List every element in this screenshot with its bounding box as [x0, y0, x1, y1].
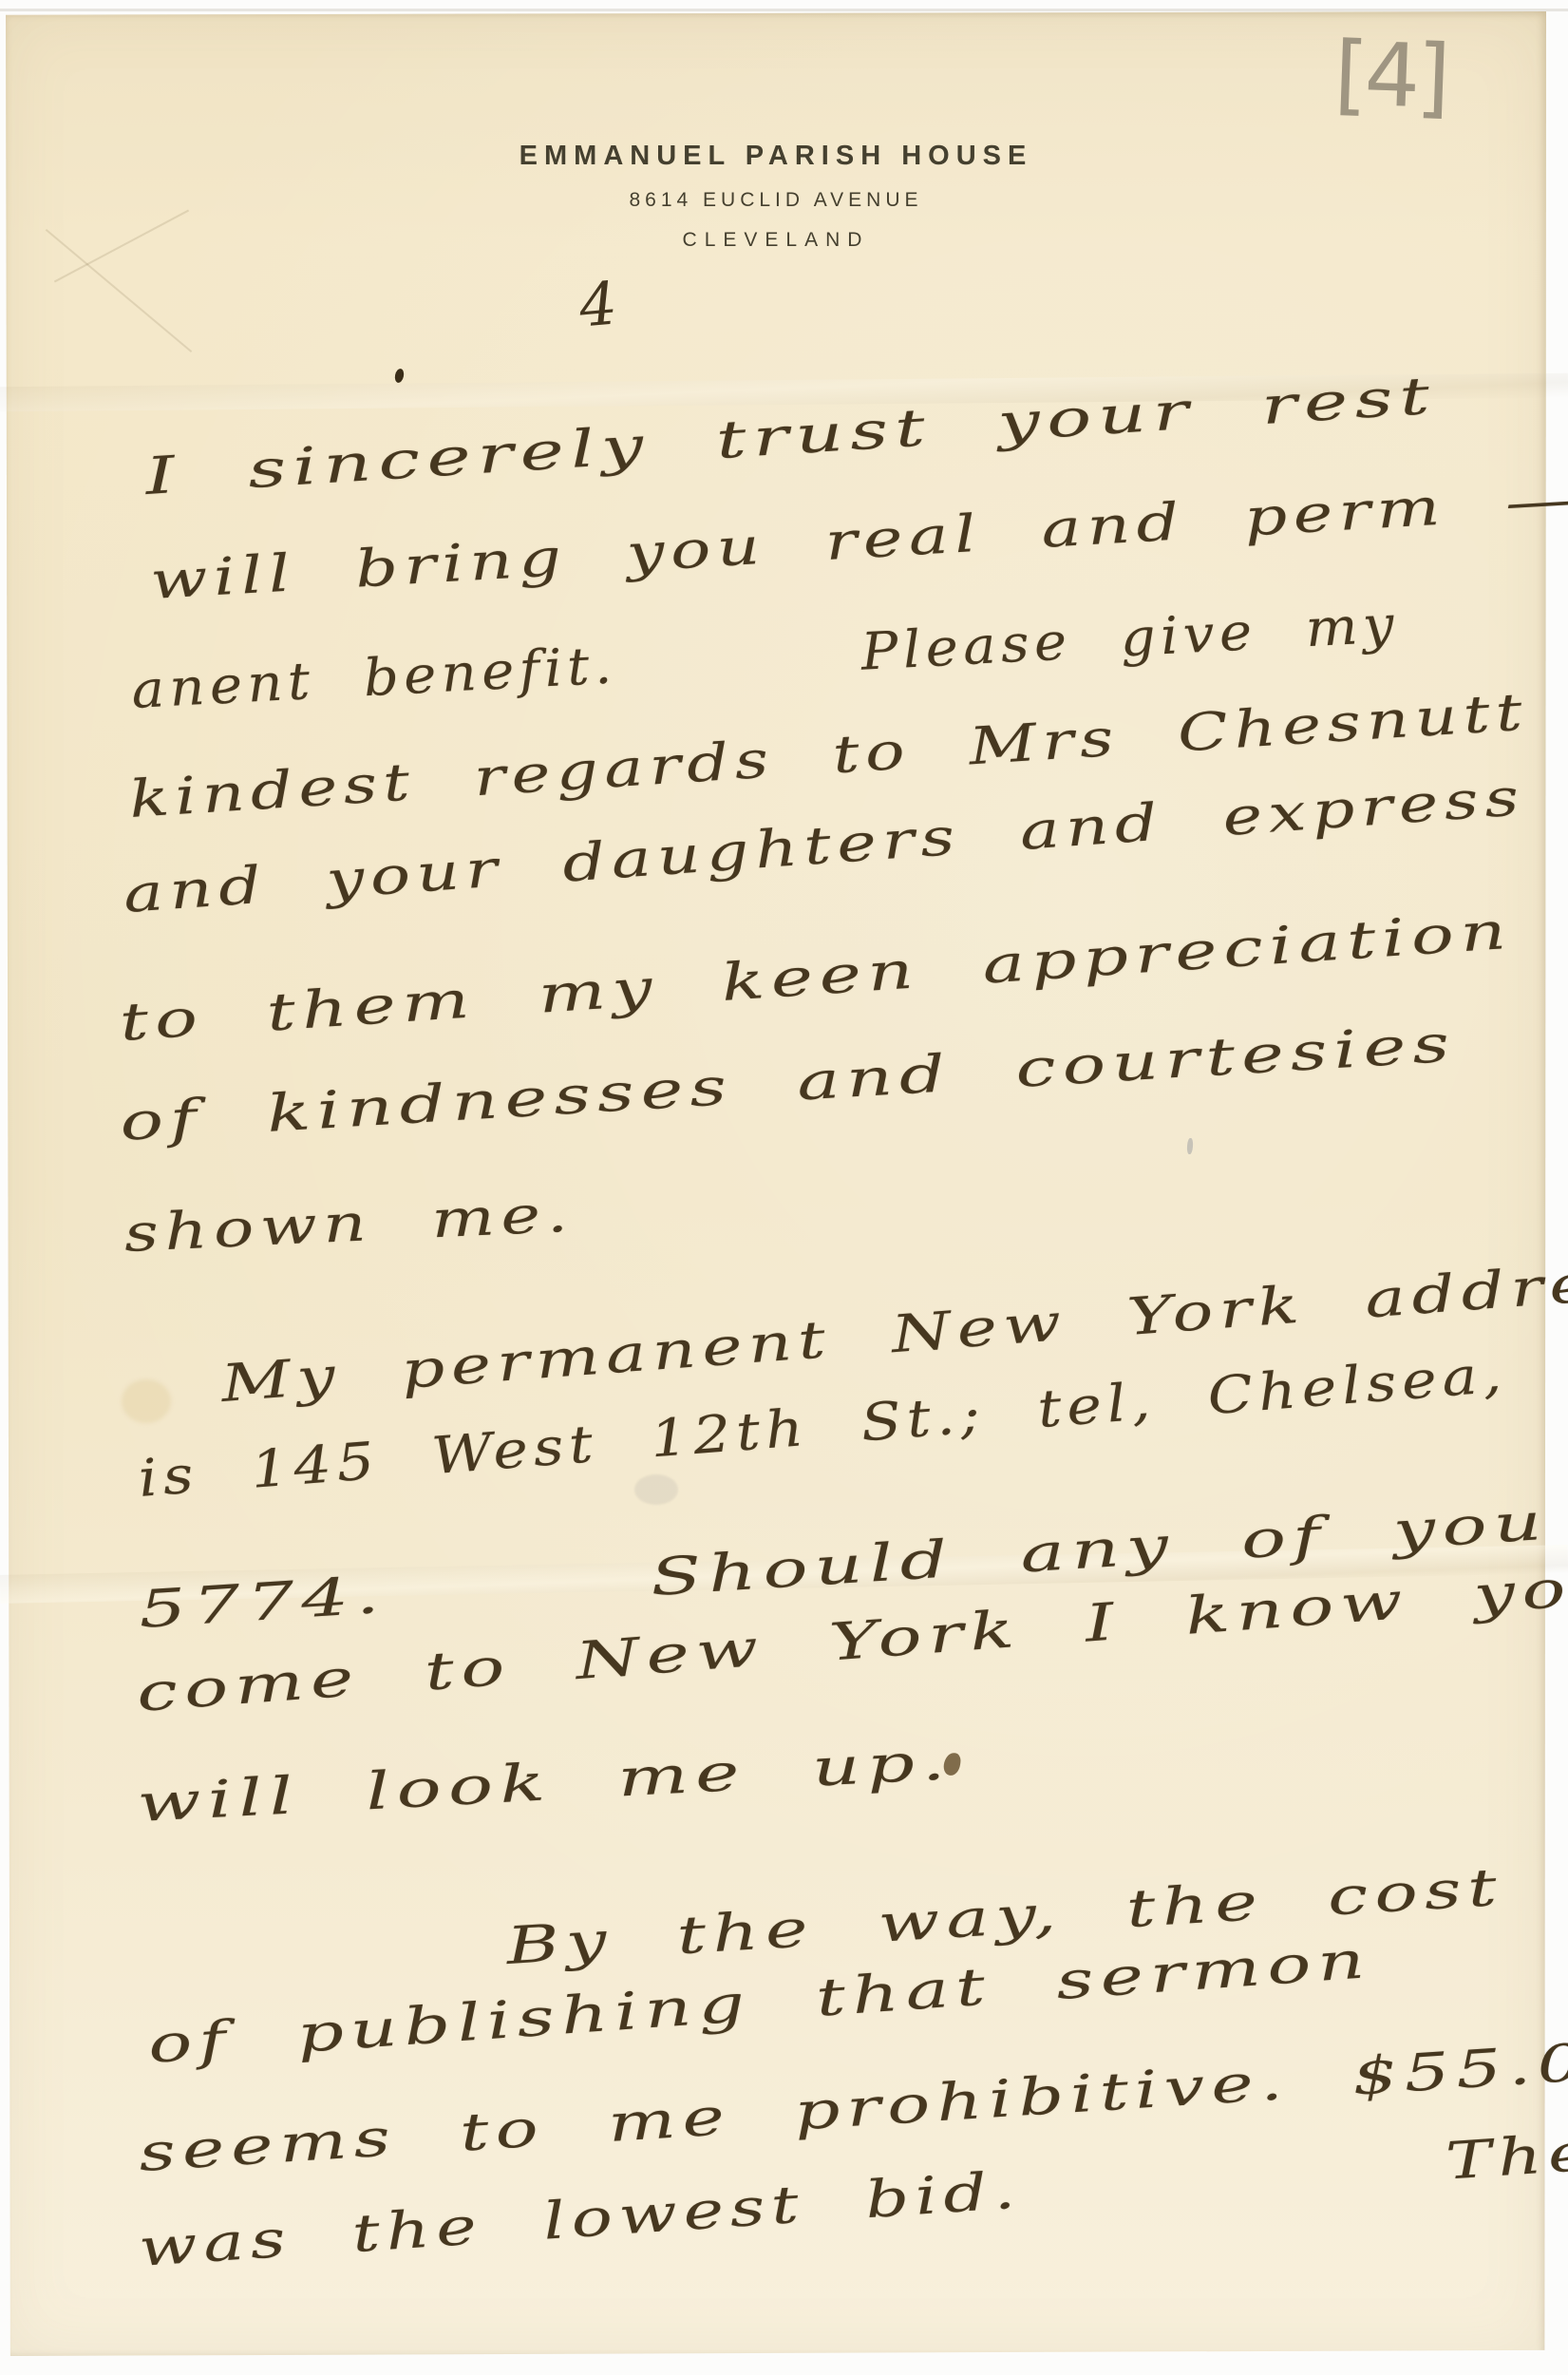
letterhead-address: 8614 EUCLID AVENUE — [0, 189, 1552, 212]
scanner-edge-line — [0, 9, 1568, 11]
paper-stain — [122, 1379, 171, 1423]
pencil-smudge — [634, 1474, 678, 1505]
handwritten-page-number: 4 — [576, 268, 620, 340]
pencil-page-annotation: [4] — [1332, 23, 1448, 128]
letterhead-city: CLEVELAND — [0, 229, 1552, 252]
letterhead-organization: EMMANUEL PARISH HOUSE — [0, 141, 1552, 172]
letter-scan: EMMANUEL PARISH HOUSE 8614 EUCLID AVENUE… — [0, 0, 1568, 2375]
